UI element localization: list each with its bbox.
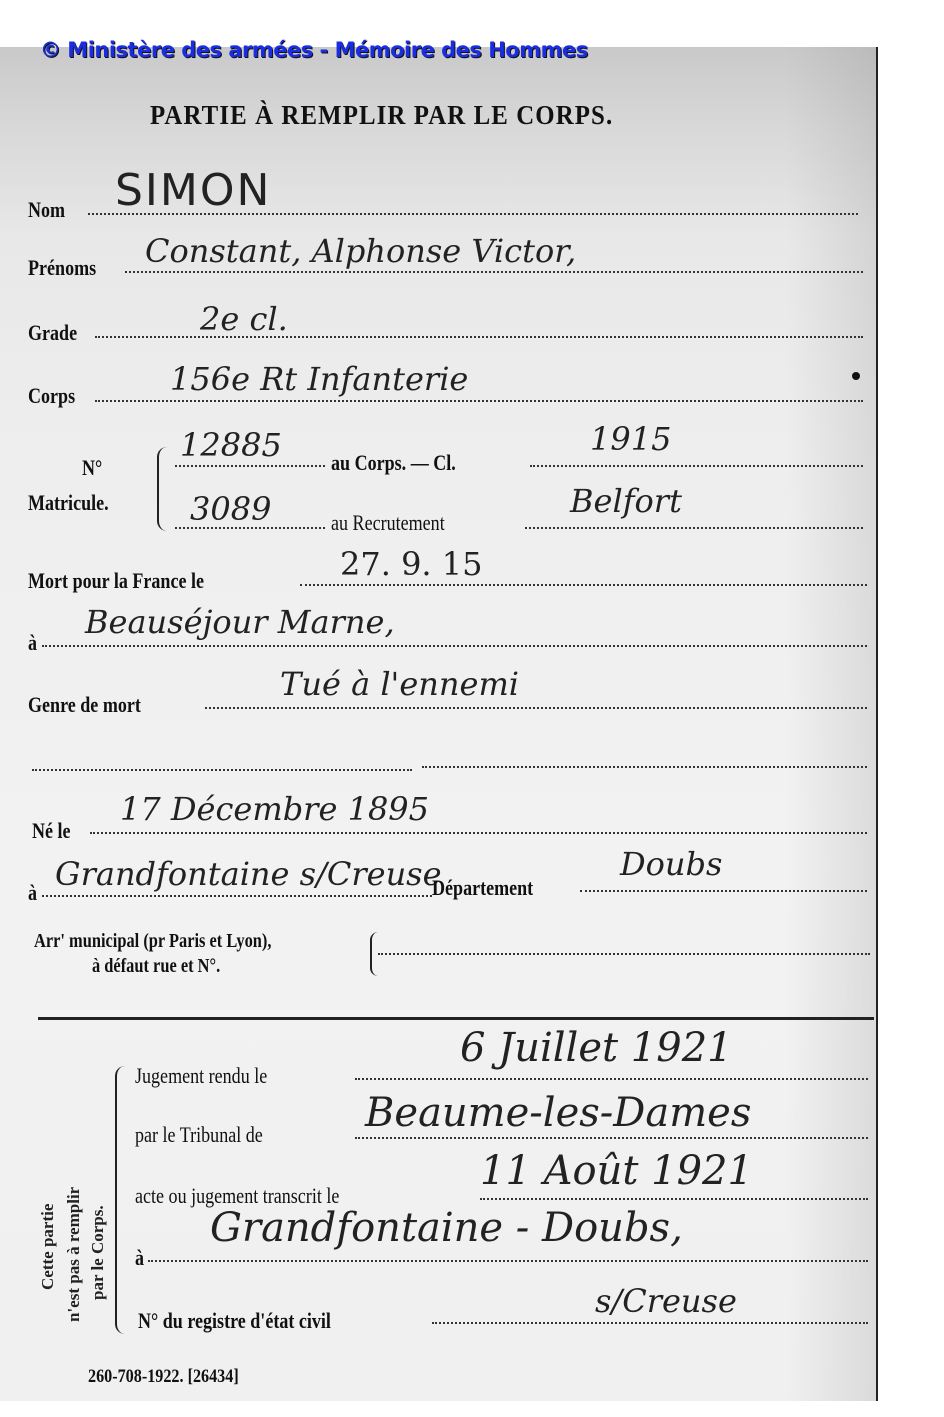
recrutement-value: Belfort — [570, 482, 682, 520]
recrutement-label: au Recrutement — [331, 510, 445, 536]
prenoms-line — [125, 271, 863, 273]
jugement-line — [355, 1078, 868, 1080]
transcrit-line — [480, 1198, 868, 1200]
au-corps-line — [175, 465, 325, 467]
tribunal-value: Beaume-les-Dames — [365, 1090, 751, 1136]
jugement-label: Jugement rendu le — [135, 1063, 267, 1089]
jugement-value: 6 Juillet 1921 — [460, 1025, 733, 1071]
lieu-deces-line — [42, 645, 867, 647]
genre-mort-line — [205, 707, 867, 709]
departement-line — [580, 890, 867, 892]
departement-label: Département — [432, 875, 533, 901]
mort-line — [300, 584, 867, 586]
matricule-brace — [157, 447, 167, 531]
corps-value: 156e Rt Infanterie — [170, 360, 468, 398]
lieu-deces-label: à — [28, 630, 37, 656]
tribunal-label: par le Tribunal de — [135, 1122, 263, 1148]
matricule-label: Matricule. — [28, 490, 109, 516]
side-note: Cette partie n'est pas à remplir par le … — [28, 1100, 118, 1330]
grade-value: 2e cl. — [200, 300, 288, 338]
lieu-naissance-value: Grandfontaine s/Creuse — [55, 855, 442, 893]
side-note-line1: Cette partie — [38, 1204, 58, 1290]
grade-label: Grade — [28, 320, 77, 346]
ne-le-line — [90, 832, 867, 834]
recrutement-line — [525, 527, 863, 529]
registre-line — [432, 1322, 868, 1324]
blank-line-left — [32, 769, 412, 771]
section2-brace — [115, 1066, 125, 1334]
side-note-line2: n'est pas à remplir — [64, 1187, 84, 1322]
transcrit-value: 11 Août 1921 — [480, 1148, 753, 1194]
ne-le-value: 17 Décembre 1895 — [120, 790, 429, 828]
ink-spot — [852, 372, 860, 380]
departement-value: Doubs — [620, 845, 722, 883]
corps-label: Corps — [28, 383, 75, 409]
prenoms-value: Constant, Alphonse Victor, — [145, 232, 576, 270]
print-reference: 260-708-1922. [26434] — [88, 1366, 239, 1388]
blank-line-right — [422, 766, 867, 768]
au-corps-number: 12885 — [180, 426, 282, 464]
matricule-label-no: N° — [82, 455, 102, 481]
corps-line — [95, 400, 863, 402]
lieu-naissance-line — [42, 895, 432, 897]
arrondissement-line — [378, 953, 870, 955]
classe-value: 1915 — [590, 420, 671, 458]
arrondissement-label-2: à défaut rue et N°. — [92, 955, 220, 978]
lieu-transcription-line — [148, 1260, 868, 1262]
nom-value: SIMON — [115, 165, 271, 216]
mort-label: Mort pour la France le — [28, 568, 204, 594]
recrutement-number: 3089 — [190, 490, 271, 528]
section-divider — [38, 1017, 874, 1020]
lieu-deces-value: Beauséjour Marne, — [85, 603, 395, 641]
copyright-watermark: © Ministère des armées - Mémoire des Hom… — [40, 38, 588, 62]
registre-label: N° du registre d'état civil — [138, 1308, 331, 1334]
lieu-transcription-annotation: s/Creuse — [595, 1282, 737, 1320]
nom-label: Nom — [28, 197, 65, 223]
tribunal-line — [355, 1137, 868, 1139]
prenoms-label: Prénoms — [28, 255, 96, 281]
form-title: PARTIE À REMPLIR PAR LE CORPS. — [150, 100, 613, 131]
side-note-line3: par le Corps. — [88, 1205, 108, 1300]
ne-le-label: Né le — [32, 818, 71, 844]
lieu-transcription-label: à — [135, 1245, 144, 1271]
arrondissement-label: Arr' municipal (pr Paris et Lyon), — [34, 930, 271, 953]
classe-line — [530, 465, 863, 467]
lieu-transcription-value: Grandfontaine - Doubs, — [210, 1205, 683, 1251]
arrondissement-brace — [370, 932, 378, 976]
genre-mort-value: Tué à l'ennemi — [280, 665, 519, 703]
mort-date-value: 27. 9. 15 — [340, 545, 482, 583]
lieu-naissance-label: à — [28, 880, 37, 906]
au-corps-label: au Corps. — Cl. — [331, 450, 456, 476]
genre-mort-label: Genre de mort — [28, 692, 141, 718]
